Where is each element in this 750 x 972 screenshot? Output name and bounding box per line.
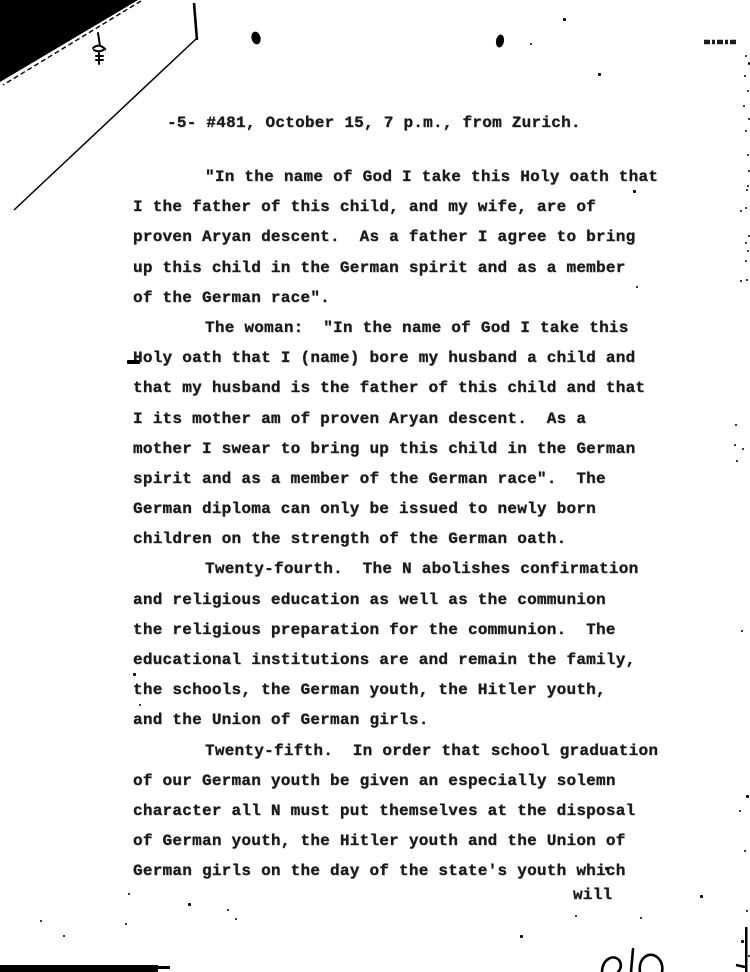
text-line: I its mother am of proven Aryan descent.… <box>133 404 713 434</box>
ink-blot <box>495 34 505 48</box>
bottom-edge-bar <box>0 965 158 972</box>
speck <box>63 935 65 937</box>
speck <box>745 242 747 244</box>
speck <box>735 424 737 426</box>
speck <box>575 915 577 917</box>
speck <box>745 55 747 57</box>
speck <box>742 448 744 450</box>
speck <box>700 895 703 898</box>
speck <box>740 280 742 282</box>
text-line: Twenty-fifth. In order that school gradu… <box>133 736 713 766</box>
text-line: the religious preparation for the commun… <box>133 615 713 645</box>
paragraph: Twenty-fifth. In order that school gradu… <box>133 736 713 887</box>
text-line: of the German race". <box>133 283 713 313</box>
text-line: and the Union of German girls. <box>133 705 713 735</box>
speck <box>133 673 136 676</box>
text-line: educational institutions are and remain … <box>133 645 713 675</box>
speck <box>745 260 747 262</box>
speck <box>736 460 738 462</box>
speck <box>746 910 748 912</box>
speck <box>563 18 566 21</box>
speck <box>741 630 743 632</box>
speck <box>640 917 642 919</box>
speck <box>40 920 42 922</box>
text-line: that my husband is the father of this ch… <box>133 373 713 403</box>
speck <box>235 918 237 920</box>
pencil-marks <box>93 33 105 64</box>
scan-edge-tick <box>194 3 197 40</box>
right-edge-mark <box>736 965 745 967</box>
speck <box>127 360 140 364</box>
speck <box>598 73 601 76</box>
speck <box>747 90 749 92</box>
speck <box>746 795 749 798</box>
document-page: -5- #481, October 15, 7 p.m., from Zuric… <box>0 0 750 972</box>
speck <box>746 189 748 191</box>
speck <box>747 250 749 252</box>
handwritten-page-number <box>602 949 662 972</box>
text-line: mother I swear to bring up this child in… <box>133 434 713 464</box>
text-line: Twenty-fourth. The N abolishes confirmat… <box>133 554 713 584</box>
speck <box>740 210 742 212</box>
speck <box>745 207 747 209</box>
speck <box>746 279 748 281</box>
speck <box>743 105 745 107</box>
speck <box>747 185 749 187</box>
paragraph: Twenty-fourth. The N abolishes confirmat… <box>133 554 713 735</box>
text-line: German diploma can only be issued to new… <box>133 494 713 524</box>
text-line: Holy oath that I (name) bore my husband … <box>133 343 713 373</box>
scan-fold-edge-line <box>3 1 141 85</box>
paragraph: "In the name of God I take this Holy oat… <box>133 162 713 313</box>
speck <box>520 935 523 938</box>
text-line: the schools, the German youth, the Hitle… <box>133 675 713 705</box>
speck <box>227 909 229 911</box>
speck <box>741 940 744 943</box>
text-line: of our German youth be given an especial… <box>133 766 713 796</box>
text-line: "In the name of God I take this Holy oat… <box>133 162 713 192</box>
speck <box>633 190 636 193</box>
text-line: proven Aryan descent. As a father I agre… <box>133 222 713 252</box>
speck <box>128 893 130 895</box>
text-line: The woman: "In the name of God I take th… <box>133 313 713 343</box>
text-line: character all N must put themselves at t… <box>133 796 713 826</box>
speck <box>605 867 608 870</box>
speck <box>188 903 191 906</box>
text-line: spirit and as a member of the German rac… <box>133 464 713 494</box>
document-body: "In the name of God I take this Holy oat… <box>133 162 713 887</box>
text-line: children on the strength of the German o… <box>133 524 713 554</box>
text-line: and religious education as well as the c… <box>133 585 713 615</box>
speck <box>744 75 746 77</box>
text-line: German girls on the day of the state's y… <box>133 856 713 886</box>
paragraph: The woman: "In the name of God I take th… <box>133 313 713 555</box>
speck <box>739 810 741 812</box>
speck <box>747 154 749 156</box>
speck <box>744 850 746 852</box>
trailing-word: will <box>573 886 612 904</box>
text-line: of German youth, the Hitler youth and th… <box>133 826 713 856</box>
page-header-line: -5- #481, October 15, 7 p.m., from Zuric… <box>167 114 581 132</box>
right-edge-line <box>745 927 748 972</box>
speck <box>530 43 532 45</box>
text-line: I the father of this child, and my wife,… <box>133 192 713 222</box>
speck <box>139 704 141 706</box>
speck <box>734 444 736 446</box>
bottom-edge-bar-tick <box>156 966 170 969</box>
text-line: up this child in the German spirit and a… <box>133 253 713 283</box>
speck <box>745 130 747 132</box>
scan-corner-fold <box>0 0 138 82</box>
speck <box>125 923 127 925</box>
speck <box>636 286 638 288</box>
ink-blot <box>250 31 262 46</box>
